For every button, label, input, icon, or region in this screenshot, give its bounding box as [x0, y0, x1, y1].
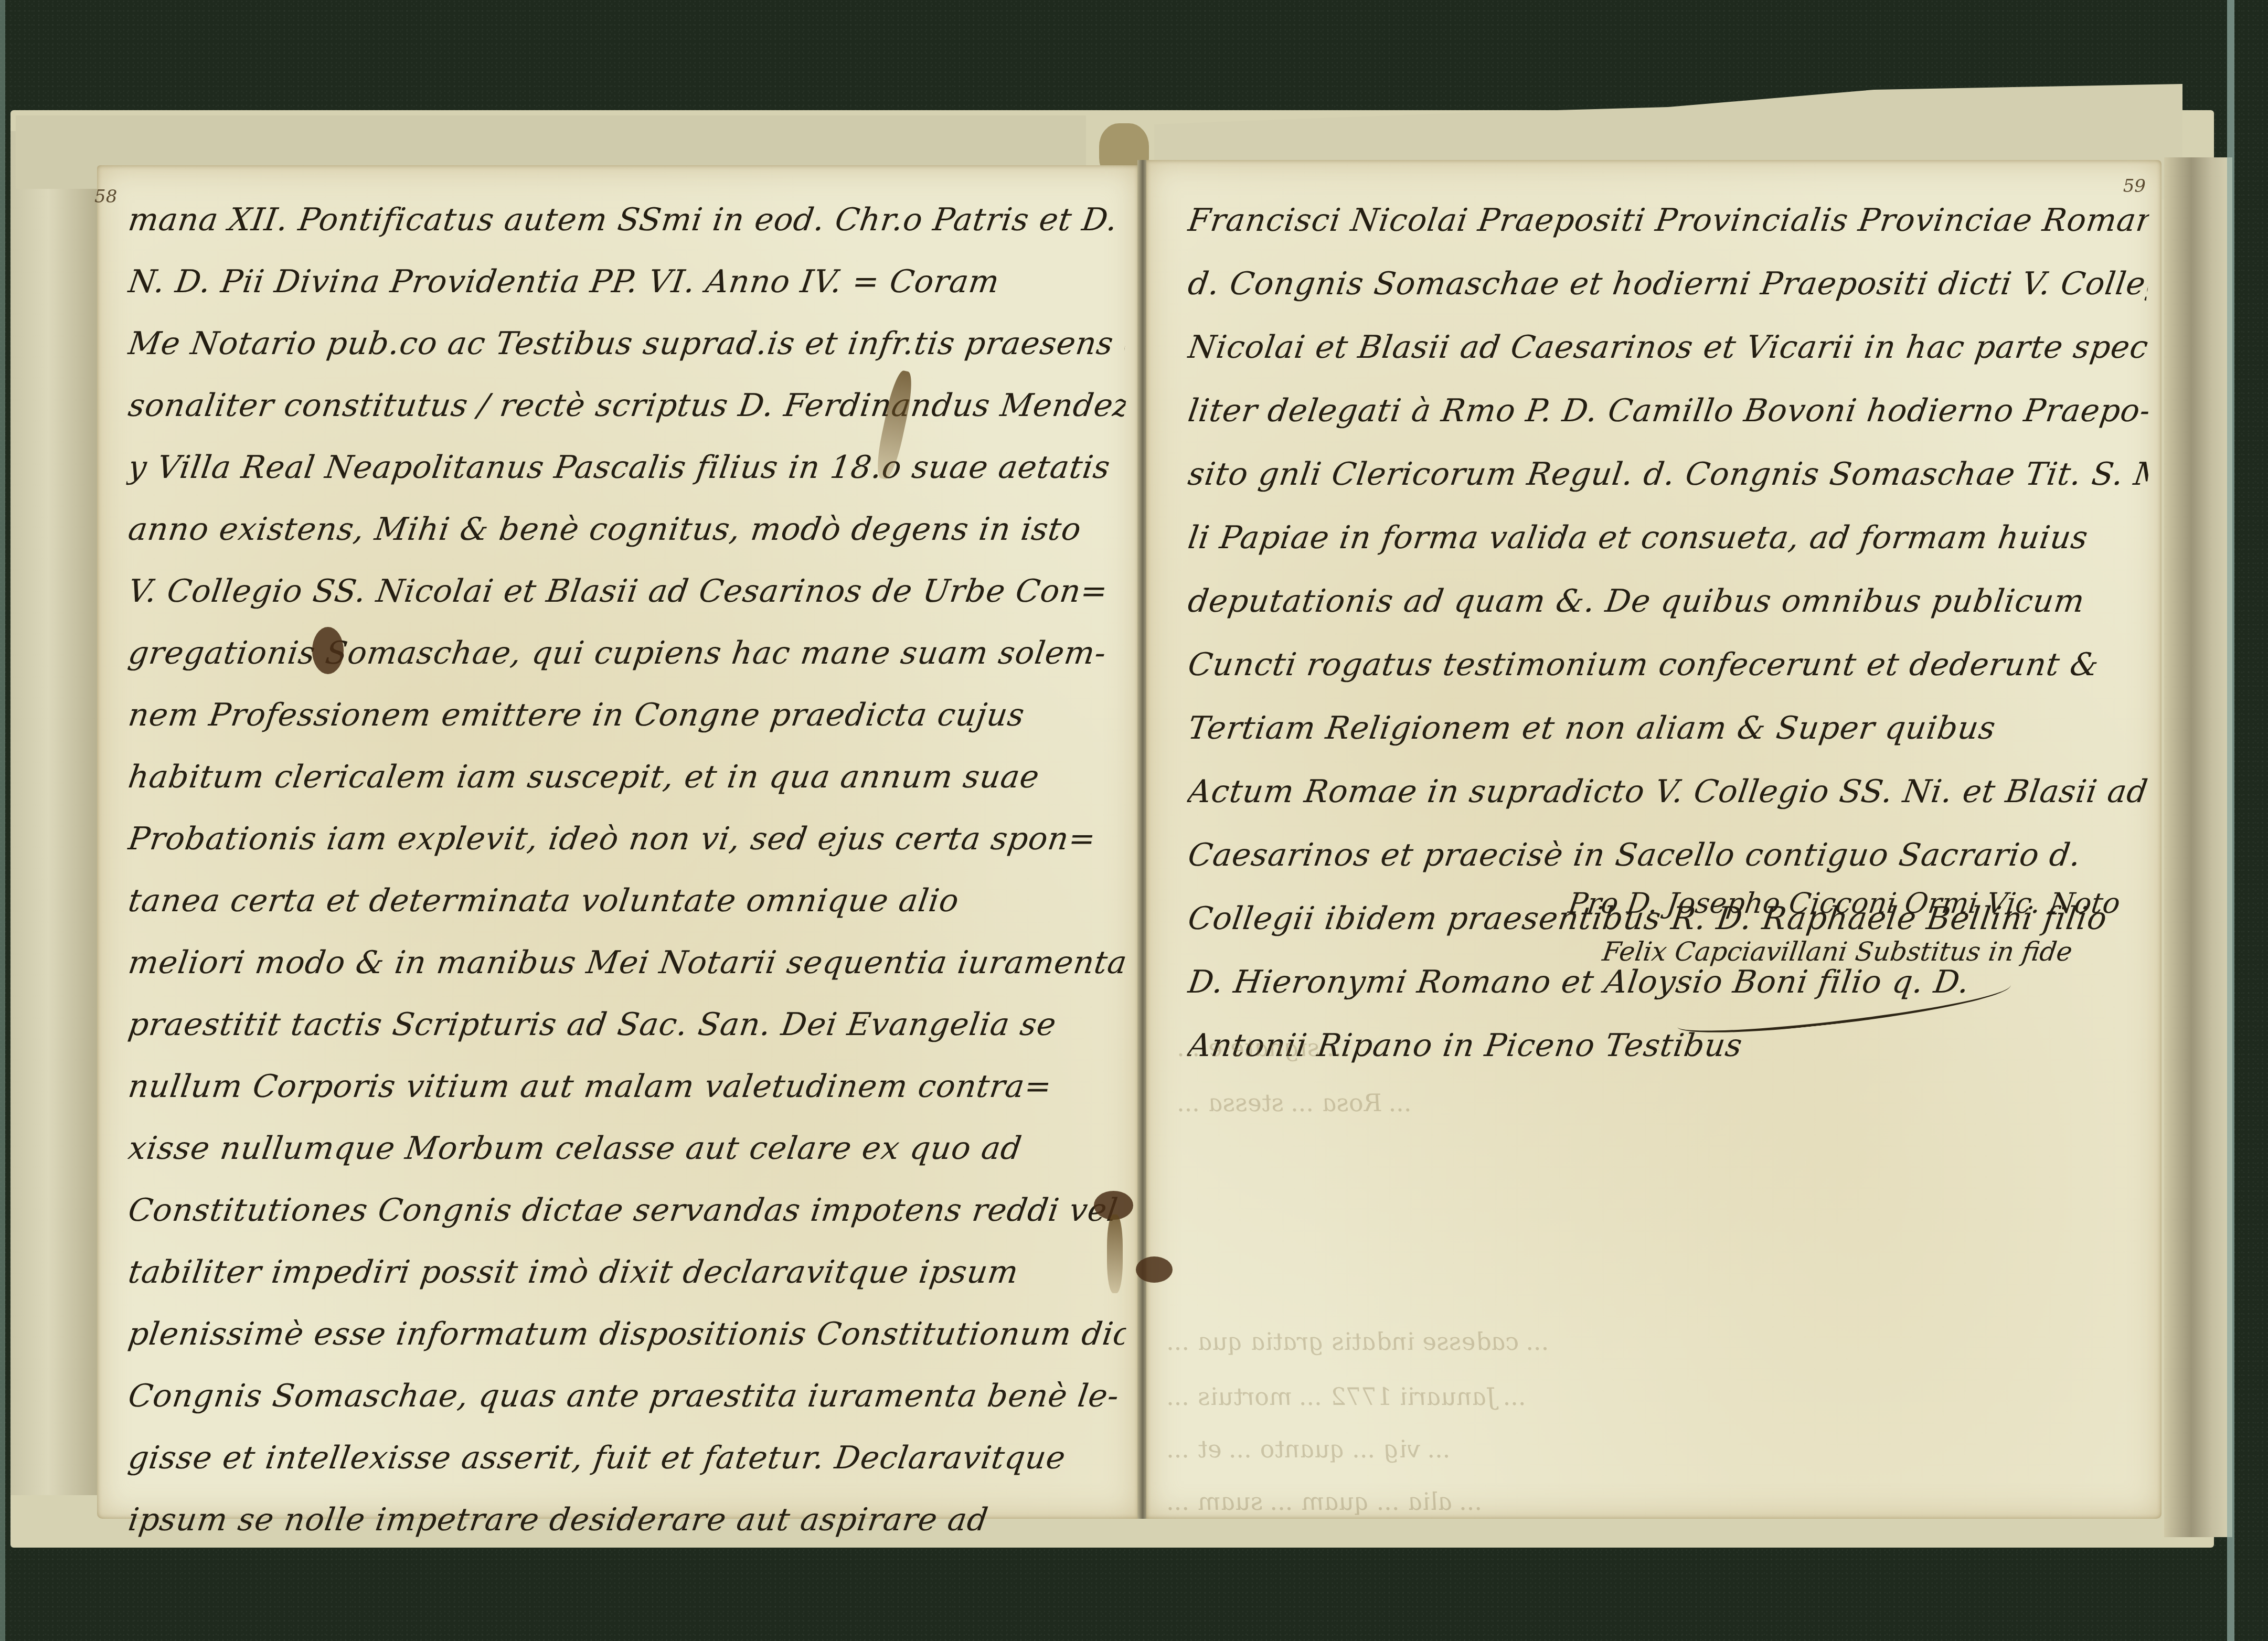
- text-line: meliori modo & in manibus Mei Notarii se…: [124, 932, 1130, 994]
- folio-number-left: 58: [94, 186, 117, 207]
- bleed-through-text: ... Januarii 1772 ... mortuis ...: [1165, 1382, 1529, 1411]
- text-line: tanea certa et determinata voluntate omn…: [124, 870, 1130, 932]
- bleed-through-text: ... alia ... quam ... suam ...: [1165, 1487, 1485, 1516]
- text-line: Cuncti rogatus testimonium confecerunt e…: [1184, 633, 2153, 697]
- text-line: Nicolai et Blasii ad Caesarinos et Vicar…: [1184, 316, 2153, 379]
- text-line: Constitutiones Congnis dictae servandas …: [124, 1179, 1130, 1241]
- text-line: li Papiae in forma valida et consueta, a…: [1184, 506, 2153, 570]
- left-page: 58 mana XII. Pontificatus autem SSmi in …: [97, 165, 1138, 1519]
- page-edges-right: [2164, 157, 2232, 1537]
- page-edges-left: [10, 131, 105, 1495]
- bleed-through-text: ... vig ... quanto ... et ...: [1165, 1435, 1453, 1463]
- text-line: liter delegati à Rmo P. D. Camillo Bovon…: [1184, 379, 2153, 443]
- text-line: Congnis Somaschae, quas ante praestita i…: [124, 1365, 1130, 1427]
- ink-stain: [1136, 1256, 1173, 1283]
- glass-plate-edge-left: [0, 0, 5, 1641]
- ink-stain: [1107, 1214, 1123, 1293]
- text-line: Francisci Nicolai Praepositi Provinciali…: [1184, 189, 2153, 252]
- text-line: sito gnli Clericorum Regul. d. Congnis S…: [1184, 443, 2153, 506]
- text-line: praestitit tactis Scripturis ad Sac. San…: [124, 994, 1130, 1056]
- glass-plate-edge-right: [2227, 0, 2234, 1641]
- text-line: sonaliter constitutus / rectè scriptus D…: [124, 375, 1130, 436]
- text-line: tabiliter impediri possit imò dixit decl…: [124, 1241, 1130, 1303]
- manuscript-scan: 58 mana XII. Pontificatus autem SSmi in …: [0, 0, 2268, 1641]
- ink-stain: [312, 627, 344, 674]
- text-line: gregationis Somaschae, qui cupiens hac m…: [124, 622, 1130, 684]
- text-line: plenissimè esse informatum dispositionis…: [124, 1303, 1130, 1365]
- text-line: Probationis iam explevit, ideò non vi, s…: [124, 808, 1130, 870]
- notary-signature: Pro D. Josepho Cicconi Ormi Vic. Noto: [1567, 887, 2123, 920]
- text-line: habitum clericalem iam suscepit, et in q…: [124, 746, 1130, 808]
- substitute-signature: Felix Capciavillani Substitus in fide: [1601, 936, 2074, 967]
- text-line: nem Professionem emittere in Congne prae…: [124, 684, 1130, 746]
- text-line: gisse et intellexisse asserit, fuit et f…: [124, 1427, 1130, 1489]
- text-line: N. D. Pii Divina Providentia PP. VI. Ann…: [124, 251, 1130, 313]
- bleed-through-text: ... Rosa ... stessa ...: [1176, 1089, 1414, 1117]
- text-line: xisse nullumque Morbum celasse aut celar…: [124, 1117, 1130, 1179]
- text-line: ipsum se nolle impetrare desiderare aut …: [124, 1489, 1130, 1551]
- text-line: anno existens, Mihi & benè cognitus, mod…: [124, 498, 1130, 560]
- text-line: Me Notario pub.co ac Testibus suprad.is …: [124, 313, 1130, 375]
- text-line: mana XII. Pontificatus autem SSmi in eod…: [124, 189, 1130, 251]
- text-line: d. Congnis Somaschae et hodierni Praepos…: [1184, 252, 2153, 316]
- bleed-through-text: ... cadesse indatis gratia qua ...: [1165, 1327, 1552, 1356]
- text-line: nullum Corporis vitium aut malam valetud…: [124, 1056, 1130, 1117]
- left-page-text: mana XII. Pontificatus autem SSmi in eod…: [129, 189, 1125, 1551]
- text-line: deputationis ad quam &. De quibus omnibu…: [1184, 570, 2153, 633]
- bleed-through-text: ... signate e ...: [1176, 1033, 1353, 1062]
- text-line: Caesarinos et praecisè in Sacello contig…: [1184, 824, 2153, 887]
- text-line: y Villa Real Neapolitanus Pascalis filiu…: [124, 436, 1130, 498]
- text-line: Actum Romae in supradicto V. Collegio SS…: [1184, 760, 2153, 824]
- text-line: V. Collegio SS. Nicolai et Blasii ad Ces…: [124, 560, 1130, 622]
- text-line: Tertiam Religionem et non aliam & Super …: [1184, 697, 2153, 760]
- right-page: 59 Francisci Nicolai Praepositi Provinci…: [1146, 160, 2161, 1519]
